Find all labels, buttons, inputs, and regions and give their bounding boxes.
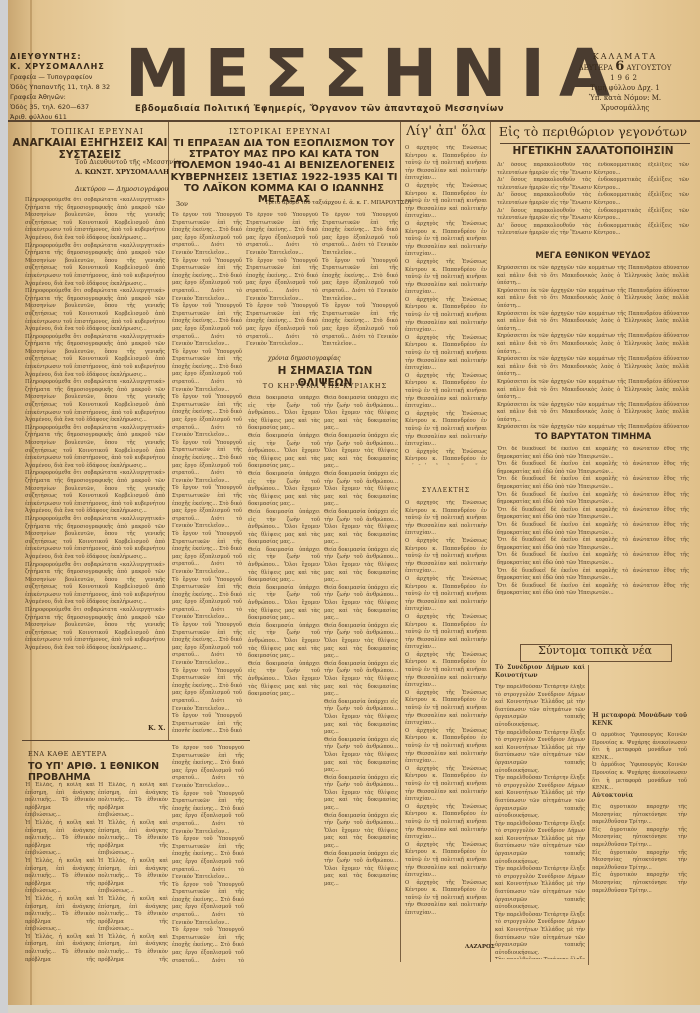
column-divider	[490, 122, 491, 962]
month: ΑΥΓΟΥΣΤΟΥ	[626, 64, 671, 72]
local-byline-name: Δ. ΚΩΝΣΤ. ΧΡΥΣΟΜΑΛΛΗ	[75, 168, 169, 176]
margin-rule	[500, 143, 690, 144]
director-line: Γραφεία — Τυπογραφείον	[10, 72, 120, 82]
monday-kicker: ΕΝΑ ΚΑΘΕ ΔΕΥΤΕΡΑ	[28, 750, 107, 758]
local-signature: Κ. Χ.	[148, 724, 165, 732]
margin-section2-body: Κηρύσσεται ἐκ τῶν ἀρχηγῶν τῶν κομμάτων τ…	[497, 265, 689, 430]
monday-body-col1: Ἡ Ἑλλάς, ἡ κοίλη καὶ ἐπίσημη, ἐπὶ ἀνάγκη…	[25, 782, 95, 962]
city: ΚΑΛΑΜΑΤΑ	[565, 52, 685, 62]
date-line: ΔΕΥΤΕΡΑ 6 ΑΥΓΟΥΣΤΟΥ	[565, 62, 685, 73]
column-divider	[168, 122, 169, 740]
director-line: Ὁδὸς Υπαπαντῆς 11, τηλ. 8 32	[10, 82, 120, 92]
margin-section3-title: ΤΟ ΒΑΡΥΤΑΤΟΝ ΤΙΜΗΜΑ	[493, 433, 693, 443]
local-news-item2-body: Ὁ ἀρμόδιος Ὑφυπουργὸς Κοινῶν Προνοίας κ.…	[592, 732, 687, 790]
margin-section1-body: Δι' ὅσους παρακολουθοῦν τὰς ἐνδοκομματικ…	[497, 162, 689, 247]
monday-headline: ΤΟ ΥΠ' ΑΡΙΘ. 1 ΕΘΝΙΚΟΝ ΠΡΟΒΛΗΜΑ	[28, 762, 168, 783]
local-news-item2-title: Ἡ μεταφορὰ Μονάδων τοῦ ΚΕΝΚ	[592, 712, 687, 730]
history-continued: Τὸ ἔργον τοῦ Ὑπουργοῦ Στρατιωτικῶν ἐπὶ τ…	[172, 745, 244, 962]
director-line: Ὁδὸς 35, τηλ. 620—637	[10, 102, 120, 112]
margin-headline: Εἰς τὸ περιθώριον γεγονότων	[493, 125, 693, 139]
masthead-rule	[8, 120, 700, 122]
local-news-item3-body: Εἰς ἀγροτικὸν παροχὴν τῆς Μεσσηνίας ηὐτο…	[592, 804, 687, 959]
history-body-col3: Τὸ ἔργον τοῦ Ὑπουργοῦ Στρατιωτικῶν ἐπὶ τ…	[322, 212, 398, 347]
significance-body-col1: Θεία δοκιμασία ὑπάρχει εἰς τὴν ζωὴν τοῦ …	[248, 395, 320, 730]
day-number: 6	[615, 59, 624, 74]
history-headline: ΤΙ ΕΠΡΑΞΑΝ ΔΙΑ ΤΟΝ ΕΞΟΠΛΙΣΜΟΝ ΤΟΥ ΣΤΡΑΤΟ…	[170, 138, 398, 205]
monday-body-col2: Ἡ Ἑλλάς, ἡ κοίλη καὶ ἐπίσημη, ἐπὶ ἀνάγκη…	[98, 782, 168, 962]
column-divider	[400, 122, 401, 962]
before-all-headline: Λίγ' ἀπ' ὅλα	[405, 125, 487, 140]
local-kicker: ΤΟΠΙΚΑΙ ΕΡΕΥΝΑΙ	[30, 127, 165, 136]
director-title: ΔΙΕΥΘΥΝΤΗΣ:	[10, 52, 120, 62]
before-all-sublabel: ΣΥΛΛΕΚΤΗΣ	[405, 487, 487, 494]
monday-rule	[22, 740, 250, 741]
history-body-col1: Τὸ ἔργον τοῦ Ὑπουργοῦ Στρατιωτικῶν ἐπὶ τ…	[172, 212, 242, 732]
history-kicker: ΙΣΤΟΡΙΚΑΙ ΕΡΕΥΝΑΙ	[205, 127, 355, 136]
year: 1962	[565, 73, 685, 83]
local-news-item1-title: Τὸ Συνέδριον Δήμων καὶ Κοινοτήτων	[495, 664, 585, 682]
significance-label: χρόνια δημοσιογραφίας	[268, 355, 341, 362]
editor: Ὑπ. κατὰ Νόμον: Μ. Χρυσομάλλης	[565, 93, 685, 113]
director-line: Γραφεῖα Ἀθηνῶν:	[10, 92, 120, 102]
local-news-headline: Σύντομα τοπικὰ νέα	[520, 645, 670, 657]
director-name: Κ. ΧΡΥΣΟΜΑΛΛΗΣ	[10, 62, 120, 72]
significance-subhead: ΤΟ ΚΗΡΥΓΜΑ ΤΗΣ ΚΥΡΙΑΚΗΣ	[250, 382, 400, 390]
masthead-tagline: Εβδομαδιαία Πολιτική Ἐφημερίς, Ὄργανον τ…	[135, 104, 535, 114]
history-body-col2: Τὸ ἔργον τοῦ Ὑπουργοῦ Στρατιωτικῶν ἐπὶ τ…	[246, 212, 318, 347]
before-all-body: Ο ἀρχηγὸς τῆς Ἑνώσεως Κέντρου κ. Παπανδρ…	[405, 145, 487, 465]
scan-margin	[0, 0, 8, 1013]
date-box: ΚΑΛΑΜΑΤΑ ΔΕΥΤΕΡΑ 6 ΑΥΓΟΥΣΤΟΥ 1962 Τιμὴ φ…	[565, 52, 685, 113]
margin-section2-title: ΜΕΓΑ ΕΘΝΙΚΟΝ ΨΕΥΔΟΣ	[493, 252, 693, 262]
before-all-body-2: Ο ἀρχηγὸς τῆς Ἑνώσεως Κέντρου κ. Παπανδρ…	[405, 500, 487, 940]
weekday: ΔΕΥΤΕΡΑ	[579, 64, 613, 72]
history-byline: Τρίτο ἄρθρο τοῦ ταξιάρχου ἐ. ἀ. κ. Γ. ΜΠ…	[265, 200, 413, 206]
local-subhead: Δικτύρου — Δημοσιογράφου	[75, 185, 169, 193]
history-part: 3ον	[176, 200, 188, 208]
masthead-title: ΜΕΣΣΗΝΙΑ	[125, 42, 525, 106]
margin-section1-title: ΗΓΕΤΙΚΗΝ ΣΑΛΑΤΟΠΟΙΗΣΙΝ	[493, 146, 693, 158]
local-news-item1-body: Τὴν παρελθοῦσαν Τετάρτην ἔληξε τὸ στρογγ…	[495, 684, 585, 959]
price: Τιμὴ φύλλου Δρχ. 1	[565, 83, 685, 93]
column-divider	[588, 665, 589, 965]
local-news-item3-title: Αὐτοκτονία	[592, 792, 687, 802]
margin-section3-body: Ὅτι δὲ διεκδικεῖ δὲ ἐκεῖνο ἐπὶ κεφαλῆς τ…	[497, 446, 689, 641]
before-all-signature: ΛΑΖΑΡΟΣ	[465, 944, 495, 950]
local-body: Πληροφορούμεθα ὅτι σοβαρώτατα «καλλιεργη…	[25, 197, 165, 727]
significance-body-col2: Θεία δοκιμασία ὑπάρχει εἰς τὴν ζωὴν τοῦ …	[324, 395, 398, 955]
director-box: ΔΙΕΥΘΥΝΤΗΣ: Κ. ΧΡΥΣΟΜΑΛΛΗΣ Γραφεία — Τυπ…	[10, 52, 120, 122]
